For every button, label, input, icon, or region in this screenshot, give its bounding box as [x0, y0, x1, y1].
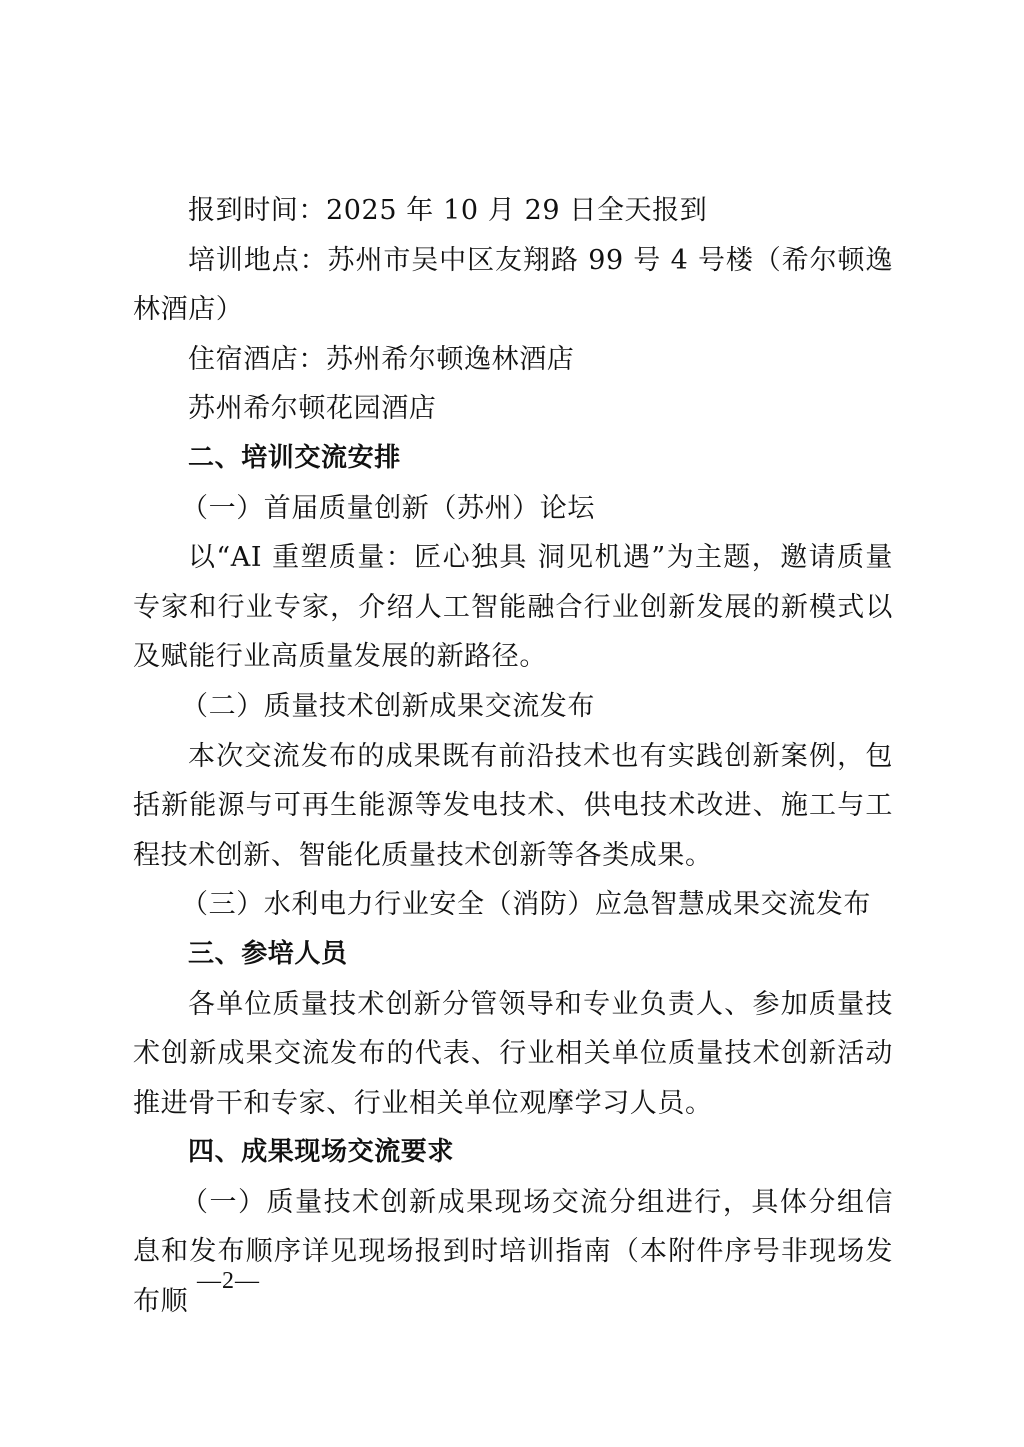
section-heading-participants: 三、参培人员	[133, 930, 893, 980]
subsection-title-safety-release: （三）水利电力行业安全（消防）应急智慧成果交流发布	[133, 880, 893, 930]
training-location: 培训地点：苏州市吴中区友翔路 99 号 4 号楼（希尔顿逸林酒店）	[133, 236, 893, 335]
subsection-title-achievement-release: （二）质量技术创新成果交流发布	[133, 682, 893, 732]
page-number: —2—	[197, 1268, 260, 1295]
subsection-body-forum: 以“AI 重塑质量：匠心独具 洞见机遇”为主题，邀请质量专家和行业专家，介绍人工…	[133, 533, 893, 682]
section-body-participants: 各单位质量技术创新分管领导和专业负责人、参加质量技术创新成果交流发布的代表、行业…	[133, 980, 893, 1129]
subsection-body-achievement-release: 本次交流发布的成果既有前沿技术也有实践创新案例，包括新能源与可再生能源等发电技术…	[133, 732, 893, 881]
section-heading-training-arrangement: 二、培训交流安排	[133, 434, 893, 484]
registration-time: 报到时间：2025 年 10 月 29 日全天报到	[133, 186, 893, 236]
subsection-title-forum: （一）首届质量创新（苏州）论坛	[133, 484, 893, 534]
subsection-body-grouping: （一）质量技术创新成果现场交流分组进行，具体分组信息和发布顺序详见现场报到时培训…	[133, 1178, 893, 1327]
hotel-primary: 住宿酒店：苏州希尔顿逸林酒店	[133, 335, 893, 385]
hotel-secondary: 苏州希尔顿花园酒店	[133, 384, 893, 434]
document-page: 报到时间：2025 年 10 月 29 日全天报到 培训地点：苏州市吴中区友翔路…	[133, 186, 893, 1327]
section-heading-exchange-requirements: 四、成果现场交流要求	[133, 1128, 893, 1178]
